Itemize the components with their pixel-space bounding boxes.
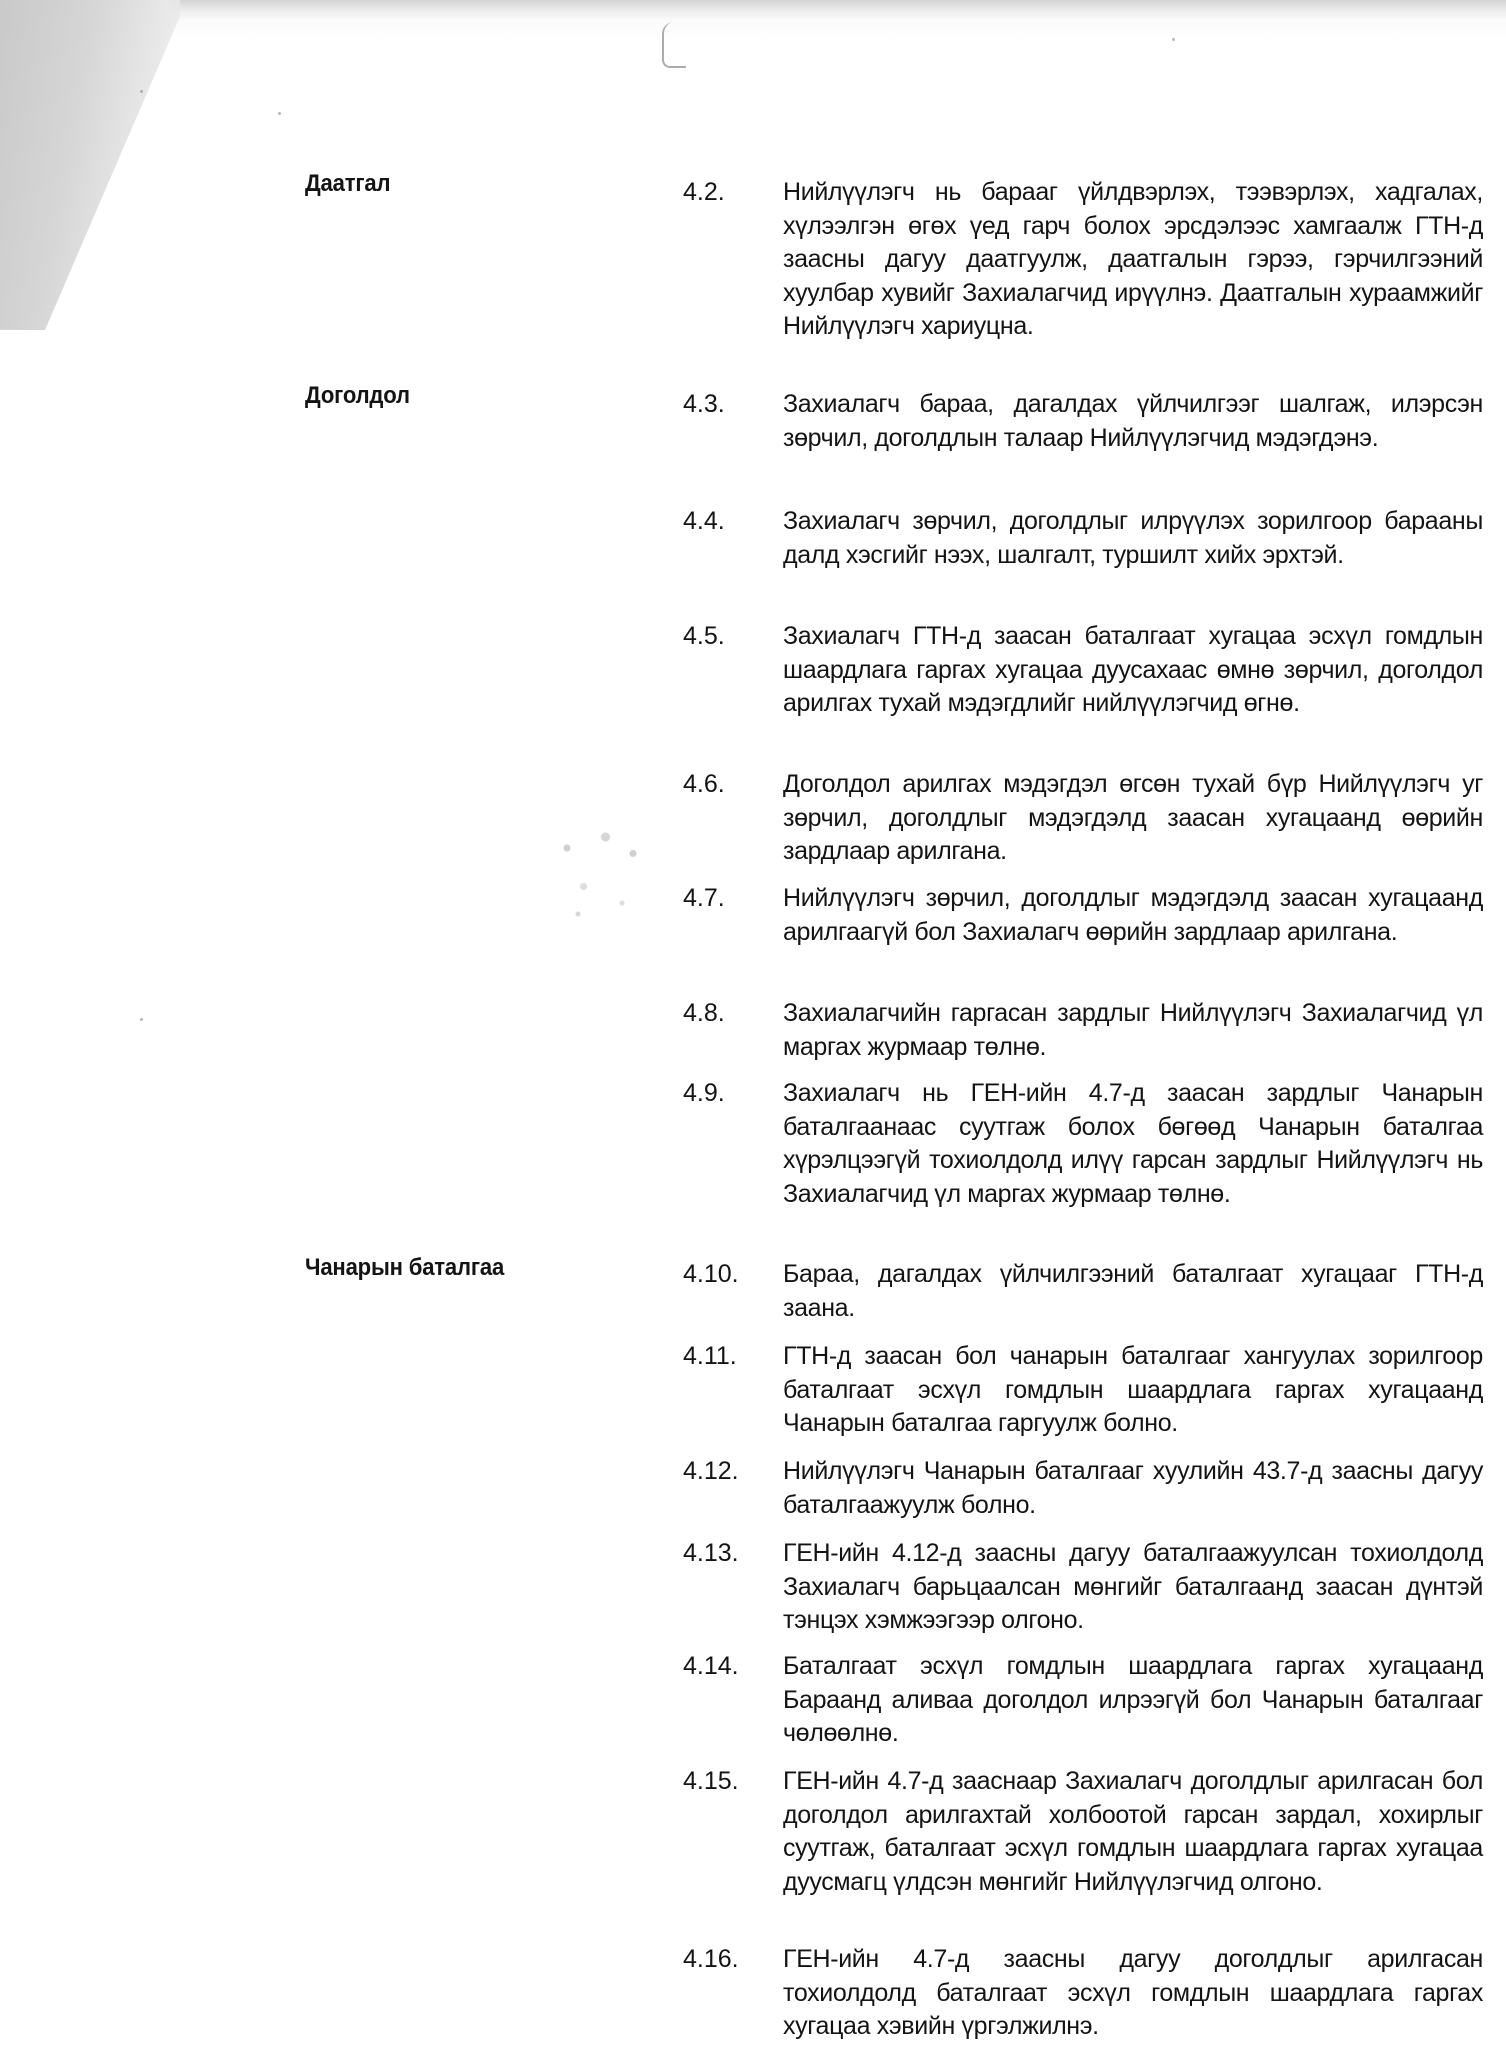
clause-text: Захиалагч нь ГЕН-ийн 4.7-д заасан зардлы… <box>783 1077 1483 1211</box>
clause-4-14: 4.14. Баталгаат эсхүл гомдлын шаардлага … <box>683 1650 1483 1751</box>
section-label-insurance: Даатгал <box>305 170 390 198</box>
clause-number: 4.14. <box>683 1650 783 1751</box>
clause-text: Захиалагч зөрчил, доголдлыг илрүүлэх зор… <box>783 505 1483 572</box>
clause-number: 4.6. <box>683 768 783 869</box>
clause-4-6: 4.6. Доголдол арилгах мэдэгдэл өгсөн тух… <box>683 768 1483 869</box>
clause-number: 4.13. <box>683 1537 783 1638</box>
clause-number: 4.11. <box>683 1340 783 1441</box>
clause-4-12: 4.12. Нийлүүлэгч Чанарын баталгааг хуули… <box>683 1455 1483 1522</box>
clause-number: 4.3. <box>683 388 783 455</box>
clause-number: 4.4. <box>683 505 783 572</box>
clause-text: Нийлүүлэгч нь барааг үйлдвэрлэх, тээвэрл… <box>783 176 1483 344</box>
document-page: Даатгал 4.2. Нийлүүлэгч нь барааг үйлдвэ… <box>0 0 1506 2048</box>
clause-number: 4.16. <box>683 1943 783 2044</box>
clause-number: 4.10. <box>683 1258 783 1325</box>
clause-4-9: 4.9. Захиалагч нь ГЕН-ийн 4.7-д заасан з… <box>683 1077 1483 1211</box>
clause-number: 4.5. <box>683 620 783 721</box>
clause-text: ГТН-д заасан бол чанарын баталгааг хангу… <box>783 1340 1483 1441</box>
clause-number: 4.7. <box>683 882 783 949</box>
clause-text: Нийлүүлэгч Чанарын баталгааг хуулийн 43.… <box>783 1455 1483 1522</box>
clause-4-8: 4.8. Захиалагчийн гаргасан зардлыг Нийлү… <box>683 997 1483 1064</box>
clause-text: Захиалагчийн гаргасан зардлыг Нийлүүлэгч… <box>783 997 1483 1064</box>
clause-4-10: 4.10. Бараа, дагалдах үйлчилгээний батал… <box>683 1258 1483 1325</box>
clause-4-3: 4.3. Захиалагч бараа, дагалдах үйлчилгээ… <box>683 388 1483 455</box>
clause-4-15: 4.15. ГЕН-ийн 4.7-д зааснаар Захиалагч д… <box>683 1765 1483 1899</box>
clause-4-5: 4.5. Захиалагч ГТН-д заасан баталгаат ху… <box>683 620 1483 721</box>
clause-text: Захиалагч бараа, дагалдах үйлчилгээг шал… <box>783 388 1483 455</box>
clause-text: ГЕН-ийн 4.7-д заасны дагуу доголдлыг ари… <box>783 1943 1483 2044</box>
clause-4-2: 4.2. Нийлүүлэгч нь барааг үйлдвэрлэх, тэ… <box>683 176 1483 344</box>
clause-number: 4.15. <box>683 1765 783 1899</box>
clause-4-7: 4.7. Нийлүүлэгч зөрчил, доголдлыг мэдэгд… <box>683 882 1483 949</box>
clause-text: Нийлүүлэгч зөрчил, доголдлыг мэдэгдэлд з… <box>783 882 1483 949</box>
clause-number: 4.8. <box>683 997 783 1064</box>
clause-number: 4.2. <box>683 176 783 344</box>
clause-text: Доголдол арилгах мэдэгдэл өгсөн тухай бү… <box>783 768 1483 869</box>
clause-text: Баталгаат эсхүл гомдлын шаардлага гаргах… <box>783 1650 1483 1751</box>
clause-number: 4.9. <box>683 1077 783 1211</box>
clause-4-4: 4.4. Захиалагч зөрчил, доголдлыг илрүүлэ… <box>683 505 1483 572</box>
clause-text: Захиалагч ГТН-д заасан баталгаат хугацаа… <box>783 620 1483 721</box>
section-label-defects: Доголдол <box>305 382 410 410</box>
clause-text: ГЕН-ийн 4.12-д заасны дагуу баталгаажуул… <box>783 1537 1483 1638</box>
clause-number: 4.12. <box>683 1455 783 1522</box>
clause-4-16: 4.16. ГЕН-ийн 4.7-д заасны дагуу доголдл… <box>683 1943 1483 2044</box>
clause-text: Бараа, дагалдах үйлчилгээний баталгаат х… <box>783 1258 1483 1325</box>
section-label-quality-guarantee: Чанарын баталгаа <box>305 1254 504 1282</box>
clause-4-11: 4.11. ГТН-д заасан бол чанарын баталгааг… <box>683 1340 1483 1441</box>
clause-4-13: 4.13. ГЕН-ийн 4.12-д заасны дагуу баталг… <box>683 1537 1483 1638</box>
clause-text: ГЕН-ийн 4.7-д зааснаар Захиалагч доголдл… <box>783 1765 1483 1899</box>
